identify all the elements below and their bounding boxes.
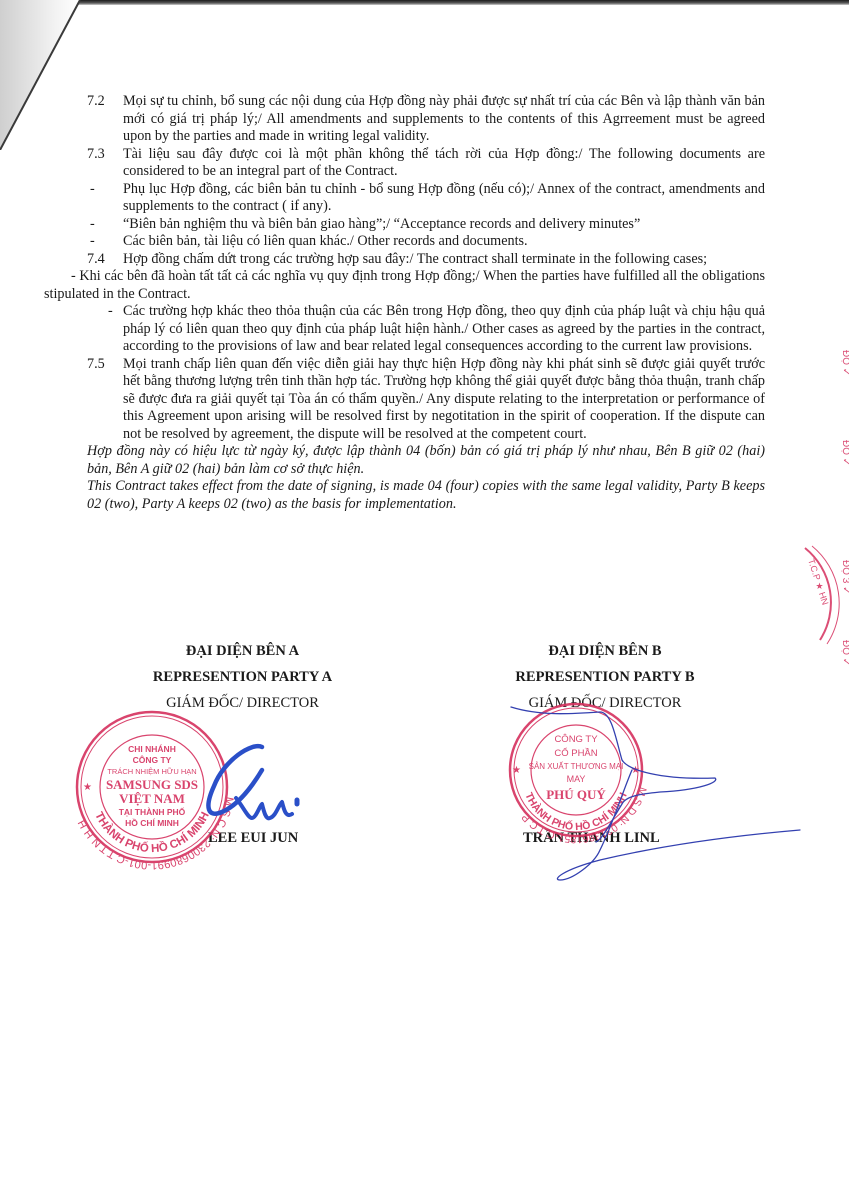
party-a-heading-en: REPRESENTION PARTY A: [130, 664, 355, 690]
svg-text:CỔ PHẦN: CỔ PHẦN: [554, 747, 597, 759]
effect-clause-vi: Hợp đồng này có hiệu lực từ ngày ký, đượ…: [87, 443, 765, 478]
list-item: - Các biên bản, tài liệu có liên quan kh…: [87, 233, 765, 251]
list-item: - Phụ lục Hợp đồng, các biên bản tu chỉn…: [87, 181, 765, 216]
svg-text:HỒ CHÍ MINH: HỒ CHÍ MINH: [125, 817, 179, 828]
clause-7-5: 7.5 Mọi tranh chấp liên quan đến việc di…: [87, 356, 765, 444]
svg-text:ĐỘ ✓: ĐỘ ✓: [840, 440, 849, 466]
svg-text:★: ★: [631, 765, 640, 776]
svg-text:TẠI THÀNH PHỐ: TẠI THÀNH PHỐ: [119, 806, 186, 817]
svg-text:VIỆT NAM: VIỆT NAM: [119, 791, 185, 806]
margin-seal-fragment: T.C.P ★ HN ĐỘ ✓ ĐỘ ✓ ĐỘ 3 ✓ ĐỘ ✓: [805, 350, 849, 666]
svg-text:SAMSUNG SDS: SAMSUNG SDS: [106, 777, 198, 792]
signature-block-party-a: ĐẠI DIỆN BÊN A REPRESENTION PARTY A GIÁM…: [130, 638, 355, 716]
svg-text:CÔNG TY: CÔNG TY: [554, 734, 598, 745]
clause-text: Hợp đồng chấm dứt trong các trường hợp s…: [123, 251, 765, 269]
party-a-heading-vi: ĐẠI DIỆN BÊN A: [130, 638, 355, 664]
party-b-title: GIÁM ĐỐC/ DIRECTOR: [490, 690, 720, 716]
svg-text:ĐỘ ✓: ĐỘ ✓: [840, 350, 849, 376]
party-b-signer-name: TRẦN THANH LINL: [523, 830, 660, 847]
clause-7-3: 7.3 Tài liệu sau đây được coi là một phầ…: [87, 146, 765, 181]
party-b-signature: [511, 707, 800, 880]
clause-number: 7.3: [87, 146, 123, 181]
party-a-signature: [208, 746, 297, 818]
list-item: - “Biên bản nghiệm thu và biên bản giao …: [87, 216, 765, 234]
svg-text:CÔNG TY: CÔNG TY: [133, 754, 172, 765]
svg-text:PHÚ QUÝ: PHÚ QUÝ: [546, 787, 606, 802]
list-item: - Các trường hợp khác theo thỏa thuận củ…: [108, 303, 765, 356]
svg-text:MAY: MAY: [567, 774, 586, 784]
signature-block-party-b: ĐẠI DIỆN BÊN B REPRESENTION PARTY B GIÁM…: [490, 638, 720, 716]
svg-text:T.C.P ★ HN: T.C.P ★ HN: [806, 558, 830, 607]
contract-body: 7.2 Mọi sự tu chỉnh, bổ sung các nội dun…: [87, 93, 765, 513]
clause-number: 7.2: [87, 93, 123, 146]
clause-7-2: 7.2 Mọi sự tu chỉnh, bổ sung các nội dun…: [87, 93, 765, 146]
svg-text:TRÁCH NHIỆM HỮU HẠN: TRÁCH NHIỆM HỮU HẠN: [107, 767, 196, 776]
clause-number: 7.4: [87, 251, 123, 269]
clause-text: Tài liệu sau đây được coi là một phần kh…: [123, 146, 765, 181]
list-item: - Khi các bên đã hoàn tất tất cả các ngh…: [44, 268, 765, 303]
clause-number: 7.5: [87, 356, 123, 444]
party-b-heading-vi: ĐẠI DIỆN BÊN B: [490, 638, 720, 664]
svg-text:★: ★: [512, 765, 521, 776]
clause-text: Mọi tranh chấp liên quan đến việc diễn g…: [123, 356, 765, 444]
party-a-signer-name: LEE EUI JUN: [208, 830, 298, 847]
svg-text:ĐỘ 3 ✓: ĐỘ 3 ✓: [840, 560, 849, 595]
clause-7-4: 7.4 Hợp đồng chấm dứt trong các trường h…: [87, 251, 765, 269]
svg-text:SẢN XUẤT THƯƠNG MẠI: SẢN XUẤT THƯƠNG MẠI: [529, 761, 624, 771]
party-a-seal-bottom-text: THÀNH PHỐ HỒ CHÍ MINH: [92, 810, 212, 855]
party-b-heading-en: REPRESENTION PARTY B: [490, 664, 720, 690]
party-b-company-seal: M.S.D.N: 0313961851-C.T.C.P THÀNH PHỐ HỒ…: [510, 704, 649, 845]
effect-clause-en: This Contract takes effect from the date…: [87, 478, 765, 513]
svg-text:ĐỘ ✓: ĐỘ ✓: [840, 640, 849, 666]
clause-text: Mọi sự tu chỉnh, bổ sung các nội dung củ…: [123, 93, 765, 146]
svg-text:CHI NHÁNH: CHI NHÁNH: [128, 744, 176, 754]
party-a-company-seal: M.S.C.N: 2300680991-001-C.T.T.N.H.H THÀN…: [76, 712, 235, 871]
party-b-seal-bottom-text: THÀNH PHỐ HỒ CHÍ MINH: [522, 791, 629, 833]
svg-text:★: ★: [83, 782, 92, 793]
page-fold-shadow: [0, 0, 100, 150]
party-a-title: GIÁM ĐỐC/ DIRECTOR: [130, 690, 355, 716]
scan-top-edge: [60, 0, 849, 5]
